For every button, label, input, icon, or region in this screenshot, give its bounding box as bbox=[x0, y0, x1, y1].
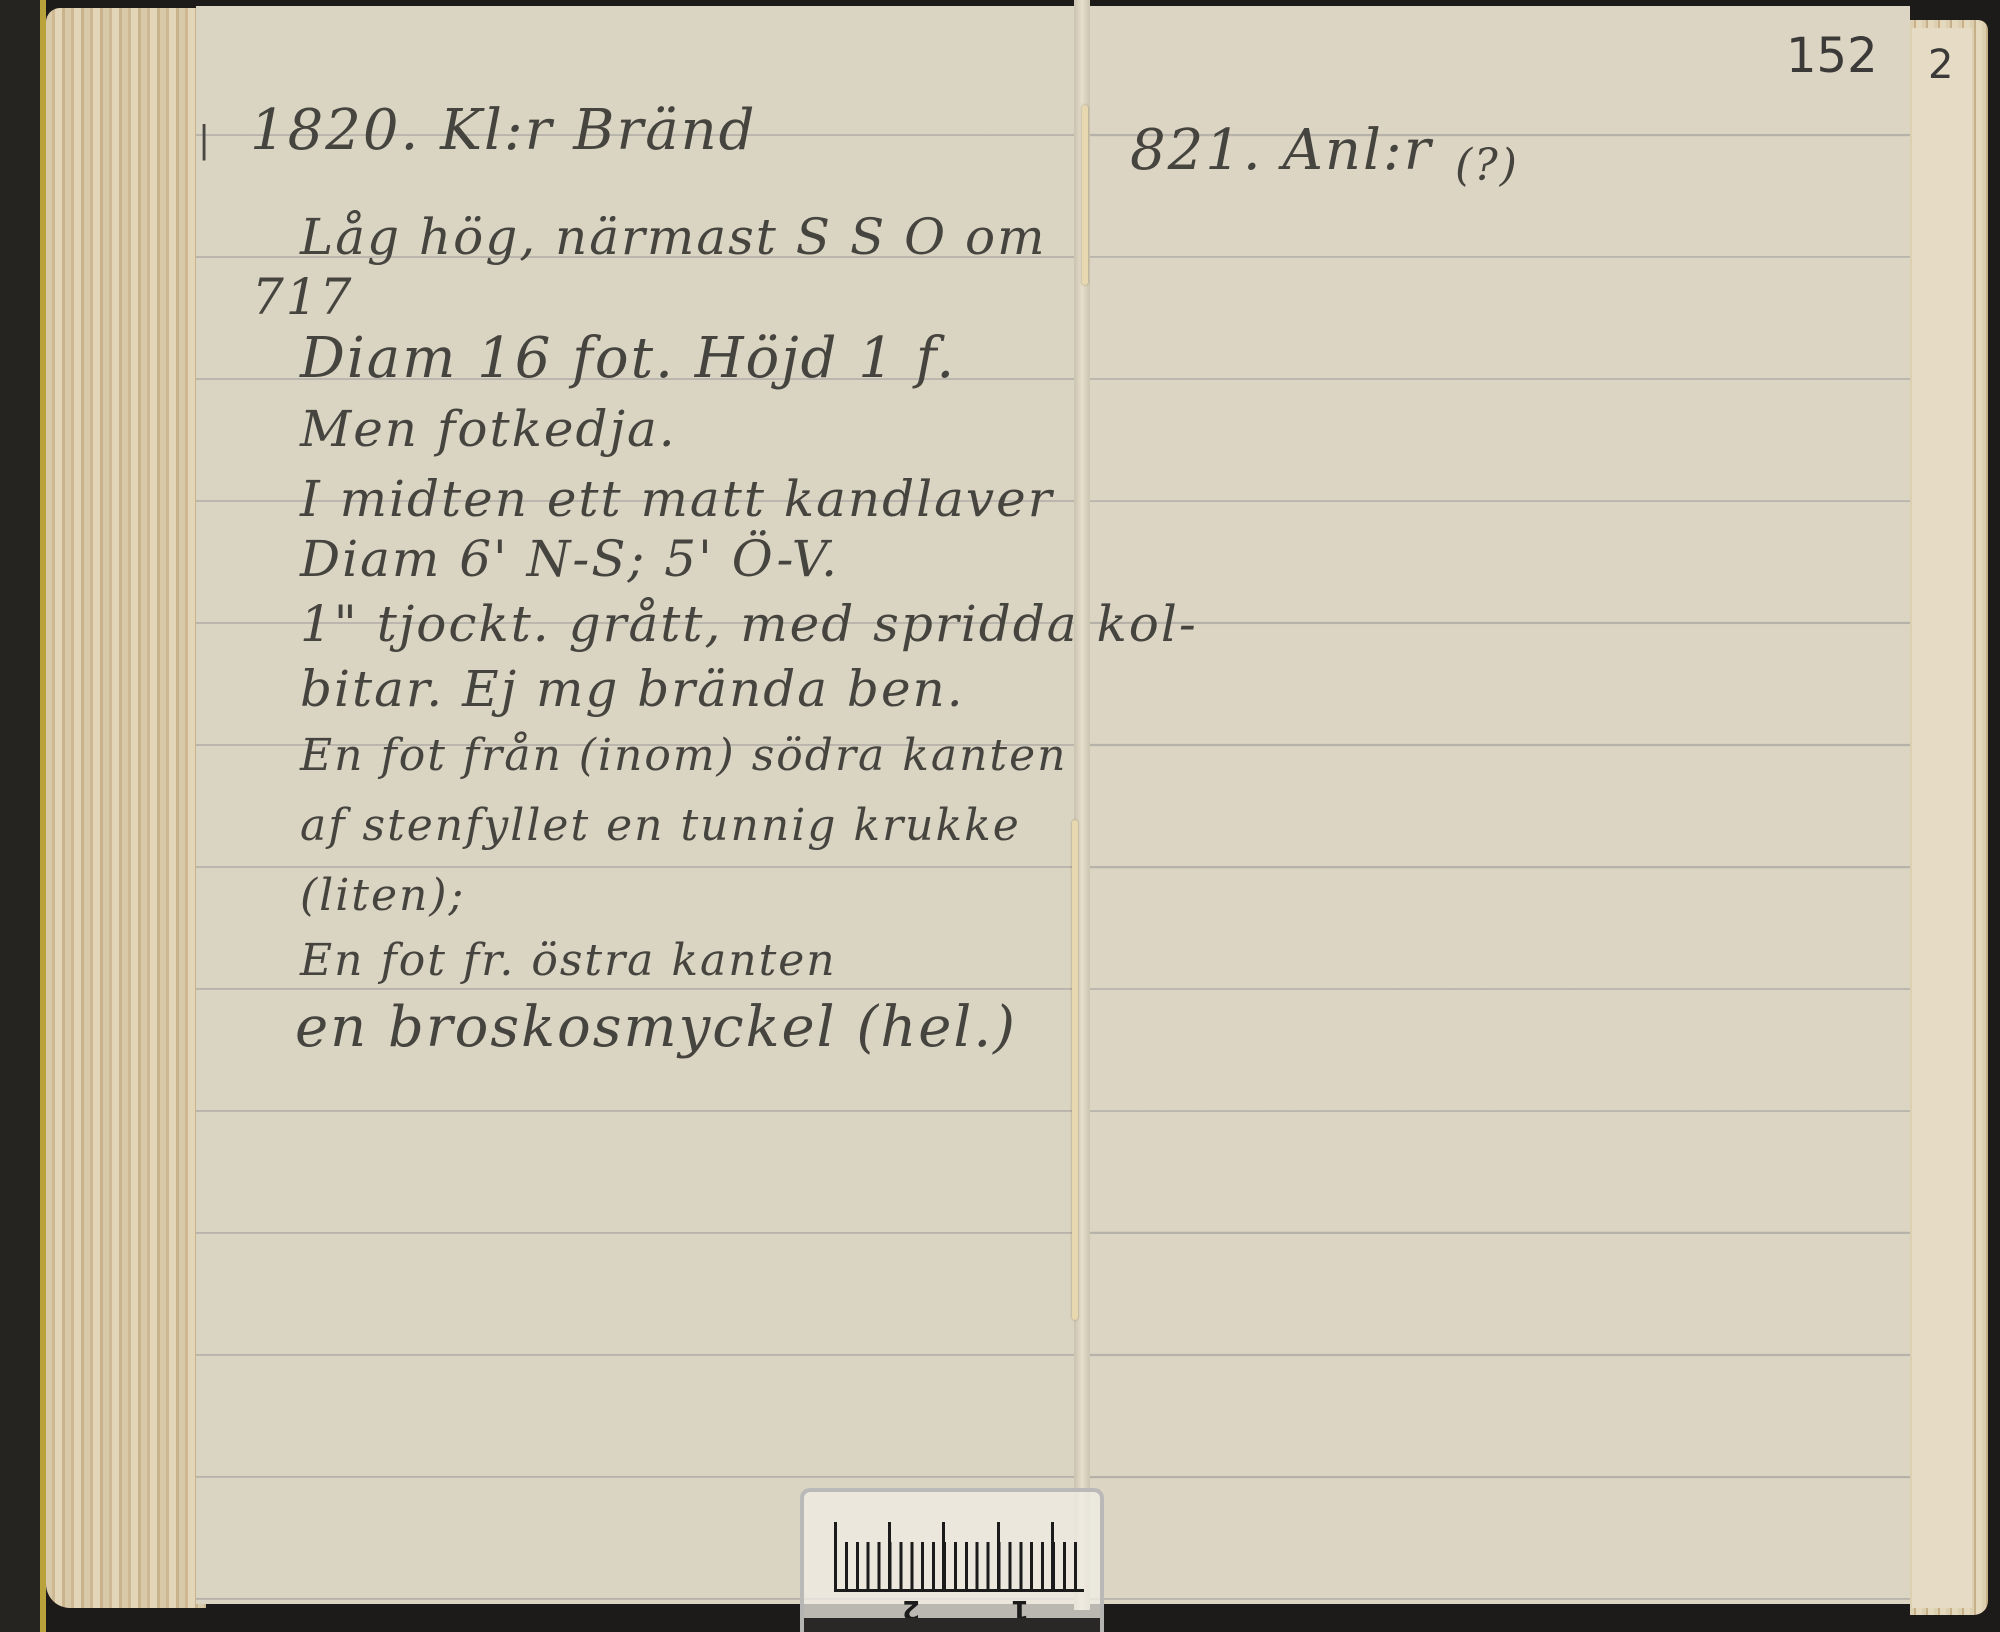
entry-heading-left: 1820. Kl:r Bränd bbox=[250, 98, 757, 163]
ruler-ticks bbox=[834, 1522, 1084, 1592]
ruler-major-tick bbox=[1051, 1522, 1054, 1592]
margin-page-mark: 2 bbox=[1928, 42, 1953, 88]
text-line: Låg hög, närmast S S O om bbox=[300, 208, 1046, 266]
text-line: af stenfyllet en tunnig krukke bbox=[300, 800, 1021, 851]
text-line: 1" tjockt. grått, med spridda kol- bbox=[300, 595, 1198, 653]
text-line: Men fotkedja. bbox=[300, 400, 677, 458]
next-page-edge bbox=[1912, 28, 1972, 1608]
page-number: 152 bbox=[1786, 28, 1878, 84]
ruler-major-tick bbox=[997, 1522, 1000, 1592]
right-page bbox=[1086, 6, 1910, 1604]
ruler-base bbox=[804, 1618, 1100, 1632]
binding-thread bbox=[1072, 820, 1078, 1320]
margin-tick: | bbox=[198, 120, 210, 161]
text-line: I midten ett matt kandlaver bbox=[300, 470, 1054, 528]
entry-heading-right: 821. Anl:r bbox=[1130, 118, 1433, 183]
page-edges-left bbox=[46, 8, 206, 1608]
ruler-major-tick bbox=[834, 1522, 837, 1592]
text-line: En fot från (inom) södra kanten bbox=[300, 730, 1067, 781]
book-cover-left bbox=[0, 0, 46, 1632]
ruler-major-tick bbox=[942, 1522, 945, 1592]
scale-ruler: 2 1 bbox=[800, 1488, 1104, 1632]
text-line: En fot fr. östra kanten bbox=[300, 935, 837, 986]
text-line: Diam 6' N-S; 5' Ö-V. bbox=[300, 530, 839, 588]
text-line: 717 bbox=[252, 268, 353, 326]
uncertain-annotation: (?) bbox=[1455, 140, 1519, 191]
text-line: Diam 16 fot. Höjd 1 f. bbox=[300, 326, 956, 391]
text-line: (liten); bbox=[300, 870, 465, 921]
text-line: en broskosmyckel (hel.) bbox=[295, 995, 1017, 1060]
text-line: bitar. Ej mg brända ben. bbox=[300, 660, 965, 718]
ruler-major-tick bbox=[888, 1522, 891, 1592]
binding-thread bbox=[1082, 105, 1088, 285]
